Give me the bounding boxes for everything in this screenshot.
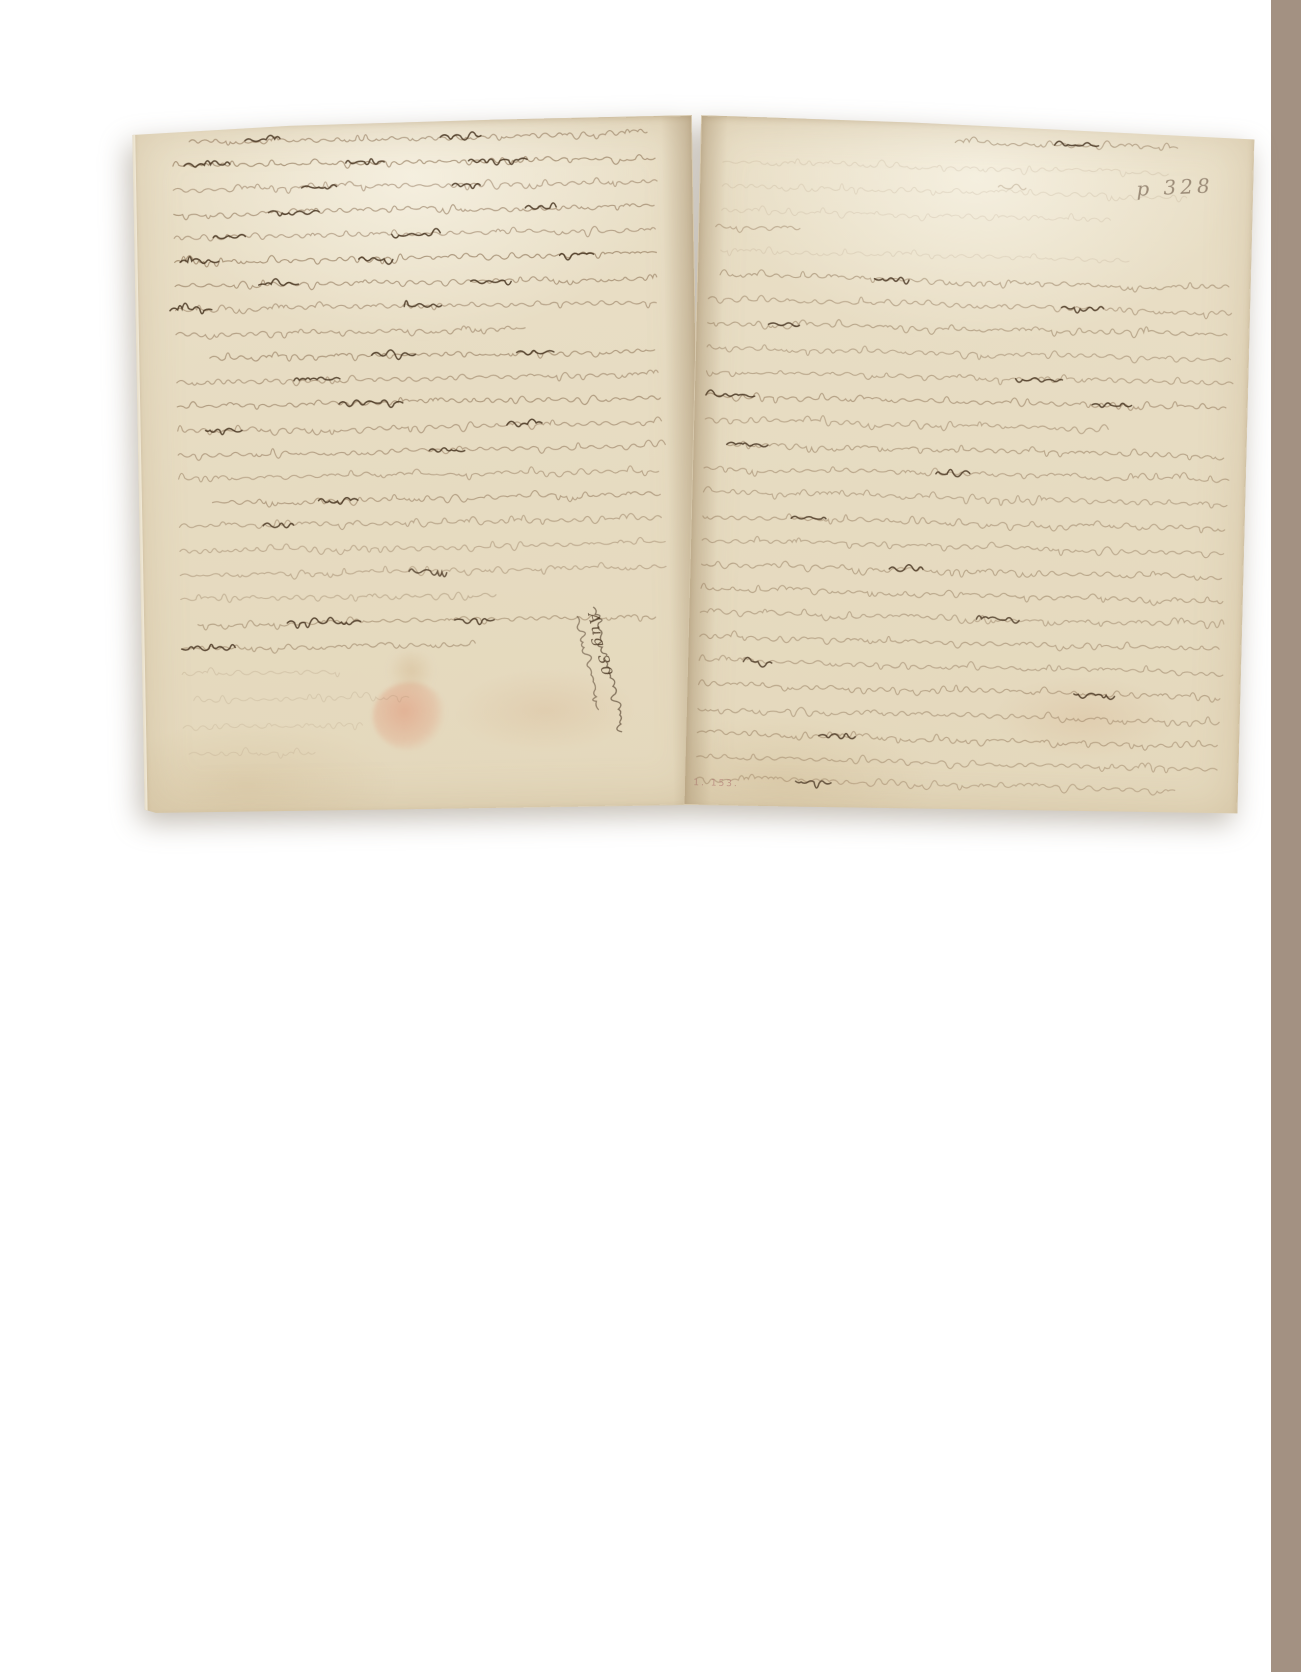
right-page-handwriting	[685, 116, 1254, 818]
catalog-page-side-band	[1271, 0, 1301, 1672]
manuscript-spread: Aug 30 p 328 1. 153.	[137, 107, 1259, 809]
manuscript-left-page: Aug 30	[132, 115, 705, 815]
manuscript-right-page: p 328 1. 153.	[684, 115, 1255, 819]
pencil-page-number: p 328	[1136, 173, 1214, 200]
